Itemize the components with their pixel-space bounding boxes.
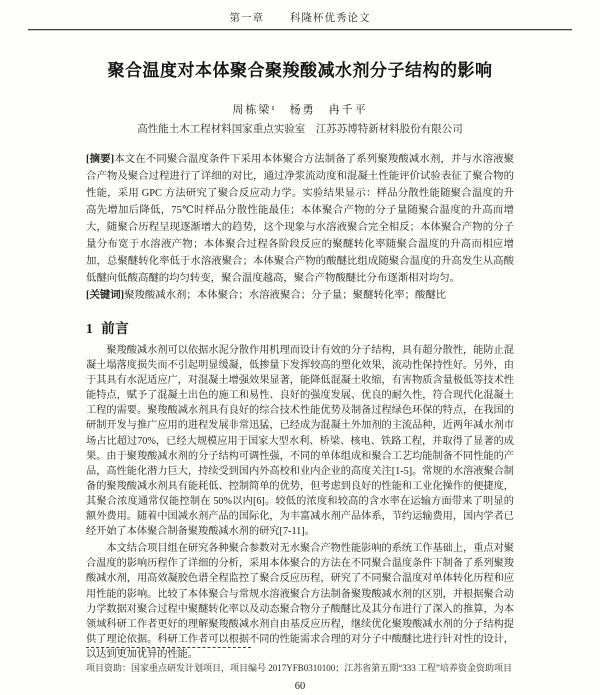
abstract: [摘要]本文在不同聚合温度条件下采用本体聚合方法制备了系列聚羧酸减水剂，并与水溶… [86,151,514,287]
intro-paragraph-1: 聚羧酸减水剂可以依据水泥分散作用机理而设计有效的分子结构，具有超分散性，能防止混… [86,343,514,539]
keywords-text: 聚羧酸减水剂；本体聚合；水溶液聚合；分子量；聚醚转化率；酸醚比 [124,290,446,301]
keywords-label: [关键词] [86,290,124,301]
abstract-label: [摘要] [86,154,114,165]
page-number: 60 [0,681,600,692]
abstract-text: 本文在不同聚合温度条件下采用本体聚合方法制备了系列聚羧酸减水剂，并与水溶液聚合产… [86,154,514,284]
funding-footnote: 项目资助：国家重点研发计划项目，项目编号 2017YFB0310100；江苏省第… [86,662,536,674]
paper-title: 聚合温度对本体聚合聚羧酸减水剂分子结构的影响 [56,56,544,81]
section-heading-introduction: 1前言 [86,317,514,337]
author-list: 周栋梁¹ 杨勇 冉千平 [0,101,600,117]
section-number: 1 [86,321,93,336]
chapter-title: 科隆杯优秀论文 [290,13,371,24]
section-title: 前言 [101,321,129,336]
header-rule [28,29,572,30]
chapter-label: 第一章 [230,13,265,24]
footnote-separator [86,647,251,648]
affiliation: 高性能土木工程材料国家重点实验室 江苏苏博特新材料股份有限公司 [0,121,600,136]
running-header: 第一章科隆杯优秀论文 [0,0,600,25]
intro-paragraph-2: 本文结合项目组在研究各种聚合参数对无水聚合产物性能影响的系统工作基础上，重点对聚… [86,541,514,662]
paper-page: 第一章科隆杯优秀论文 聚合温度对本体聚合聚羧酸减水剂分子结构的影响 周栋梁¹ 杨… [0,0,600,695]
keywords: [关键词]聚羧酸减水剂；本体聚合；水溶液聚合；分子量；聚醚转化率；酸醚比 [86,287,514,304]
